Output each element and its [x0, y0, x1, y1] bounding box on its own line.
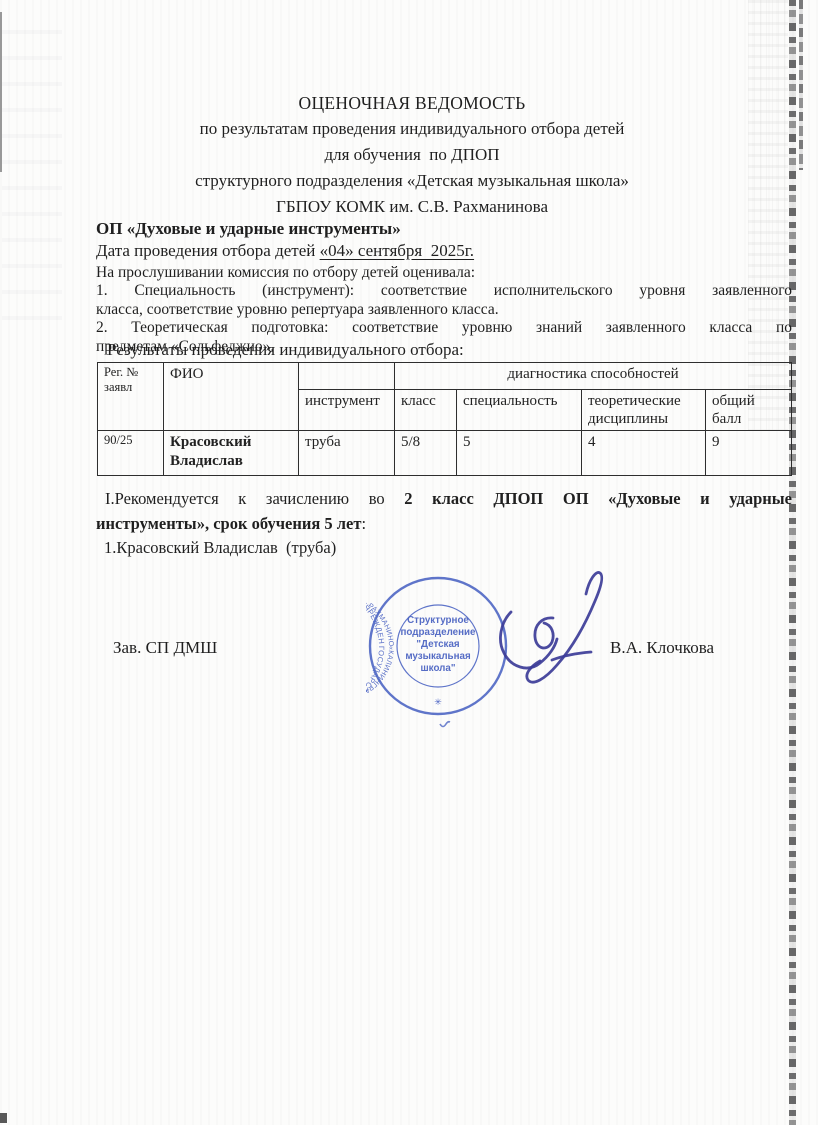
col-header-reg-number: Рег. № заявл [98, 363, 164, 431]
stamp-center-line-4: музыкальная [405, 651, 471, 662]
signatory-title: Зав. СП ДМШ [113, 638, 217, 658]
title-line-institution: ГБПОУ КОМК им. С.В. Рахманинова [62, 194, 762, 220]
scanned-document-page: ОЦЕНОЧНАЯ ВЕДОМОСТЬ по результатам прове… [0, 0, 818, 1125]
recommendation-prefix: I.Рекомендуется к зачислению во [105, 489, 404, 508]
col-header-instrument: инструмент [299, 390, 395, 431]
recommendation: I.Рекомендуется к зачислению во 2 класс … [96, 486, 792, 536]
col-header-fio: ФИО [164, 363, 299, 431]
document-header: ОЦЕНОЧНАЯ ВЕДОМОСТЬ по результатам прове… [62, 90, 762, 220]
col-header-total: общий балл [706, 390, 792, 431]
stamp-center-line-2: подразделение [400, 627, 476, 638]
recommendation-bold-2: инструменты», срок обучения 5 лет [96, 514, 361, 533]
program-line: ОП «Духовые и ударные инструменты» [96, 219, 792, 239]
stamp-center-line-1: Структурное [407, 615, 469, 626]
document-title: ОЦЕНОЧНАЯ ВЕДОМОСТЬ [62, 90, 762, 116]
scan-artifact-top-right-line [799, 0, 803, 170]
col-header-empty [299, 363, 395, 390]
date-value: «04» сентября 2025г. [320, 241, 474, 260]
criterion-1-line-1: 1. Специальность (инструмент): соответст… [96, 282, 792, 301]
criterion-1: 1. Специальность (инструмент): соответст… [96, 282, 792, 319]
criterion-1-line-2: класса, соответствие уровню репертуара з… [96, 301, 792, 320]
signature-stroke-loop [500, 612, 557, 668]
title-line-results: по результатам проведения индивидуальног… [62, 116, 762, 142]
title-line-training: для обучения по ДПОП [62, 142, 762, 168]
date-line: Дата проведения отбора детей «04» сентяб… [96, 241, 792, 261]
criterion-2-line-1: 2. Теоретическая подготовка: соответстви… [96, 319, 792, 338]
scan-artifact-left-streaks [2, 30, 62, 330]
enrollee-line: 1.Красовский Владислав (труба) [96, 538, 792, 558]
col-header-theory: теоретические дисциплины [582, 390, 706, 431]
scan-artifact-right-edge-line [789, 0, 796, 1125]
scan-artifact-bottom-left-mark [0, 1113, 7, 1123]
recommendation-colon: : [361, 514, 366, 533]
recommendation-line-1: I.Рекомендуется к зачислению во 2 класс … [96, 486, 792, 511]
stamp-ink-smudge [440, 722, 450, 727]
stamp-center-line-5: школа" [421, 663, 456, 674]
cell-class: 5/8 [395, 431, 457, 476]
results-heading: Результаты проведения индивидуального от… [96, 340, 792, 360]
cell-specialty: 5 [457, 431, 582, 476]
recommendation-bold-1: 2 класс ДПОП ОП «Духовые и ударные [404, 489, 792, 508]
intro-line: На прослушивании комиссия по отбору дете… [96, 264, 792, 282]
results-table: Рег. № заявл ФИО диагностика способносте… [97, 362, 792, 476]
cell-theory: 4 [582, 431, 706, 476]
table-row: 90/25 Красовский Владислав труба 5/8 5 4… [98, 431, 792, 476]
signature-stroke-five [535, 618, 553, 648]
date-prefix: Дата проведения отбора детей [96, 241, 320, 260]
signature-stroke-crossbar [552, 652, 591, 660]
cell-total: 9 [706, 431, 792, 476]
cell-reg-number: 90/25 [98, 431, 164, 476]
col-header-diagnostics-group: диагностика способностей [395, 363, 792, 390]
signatory-name: В.А. Клочкова [610, 638, 714, 658]
col-header-class: класс [395, 390, 457, 431]
stamp-center-line-3: "Детская [416, 639, 460, 650]
cell-instrument: труба [299, 431, 395, 476]
cell-fio: Красовский Владислав [164, 431, 299, 476]
stamp-asterisk: ✳ [434, 697, 442, 707]
col-header-specialty: специальность [457, 390, 582, 431]
title-line-division: структурного подразделения «Детская музы… [62, 168, 762, 194]
recommendation-line-2: инструменты», срок обучения 5 лет: [96, 511, 792, 536]
